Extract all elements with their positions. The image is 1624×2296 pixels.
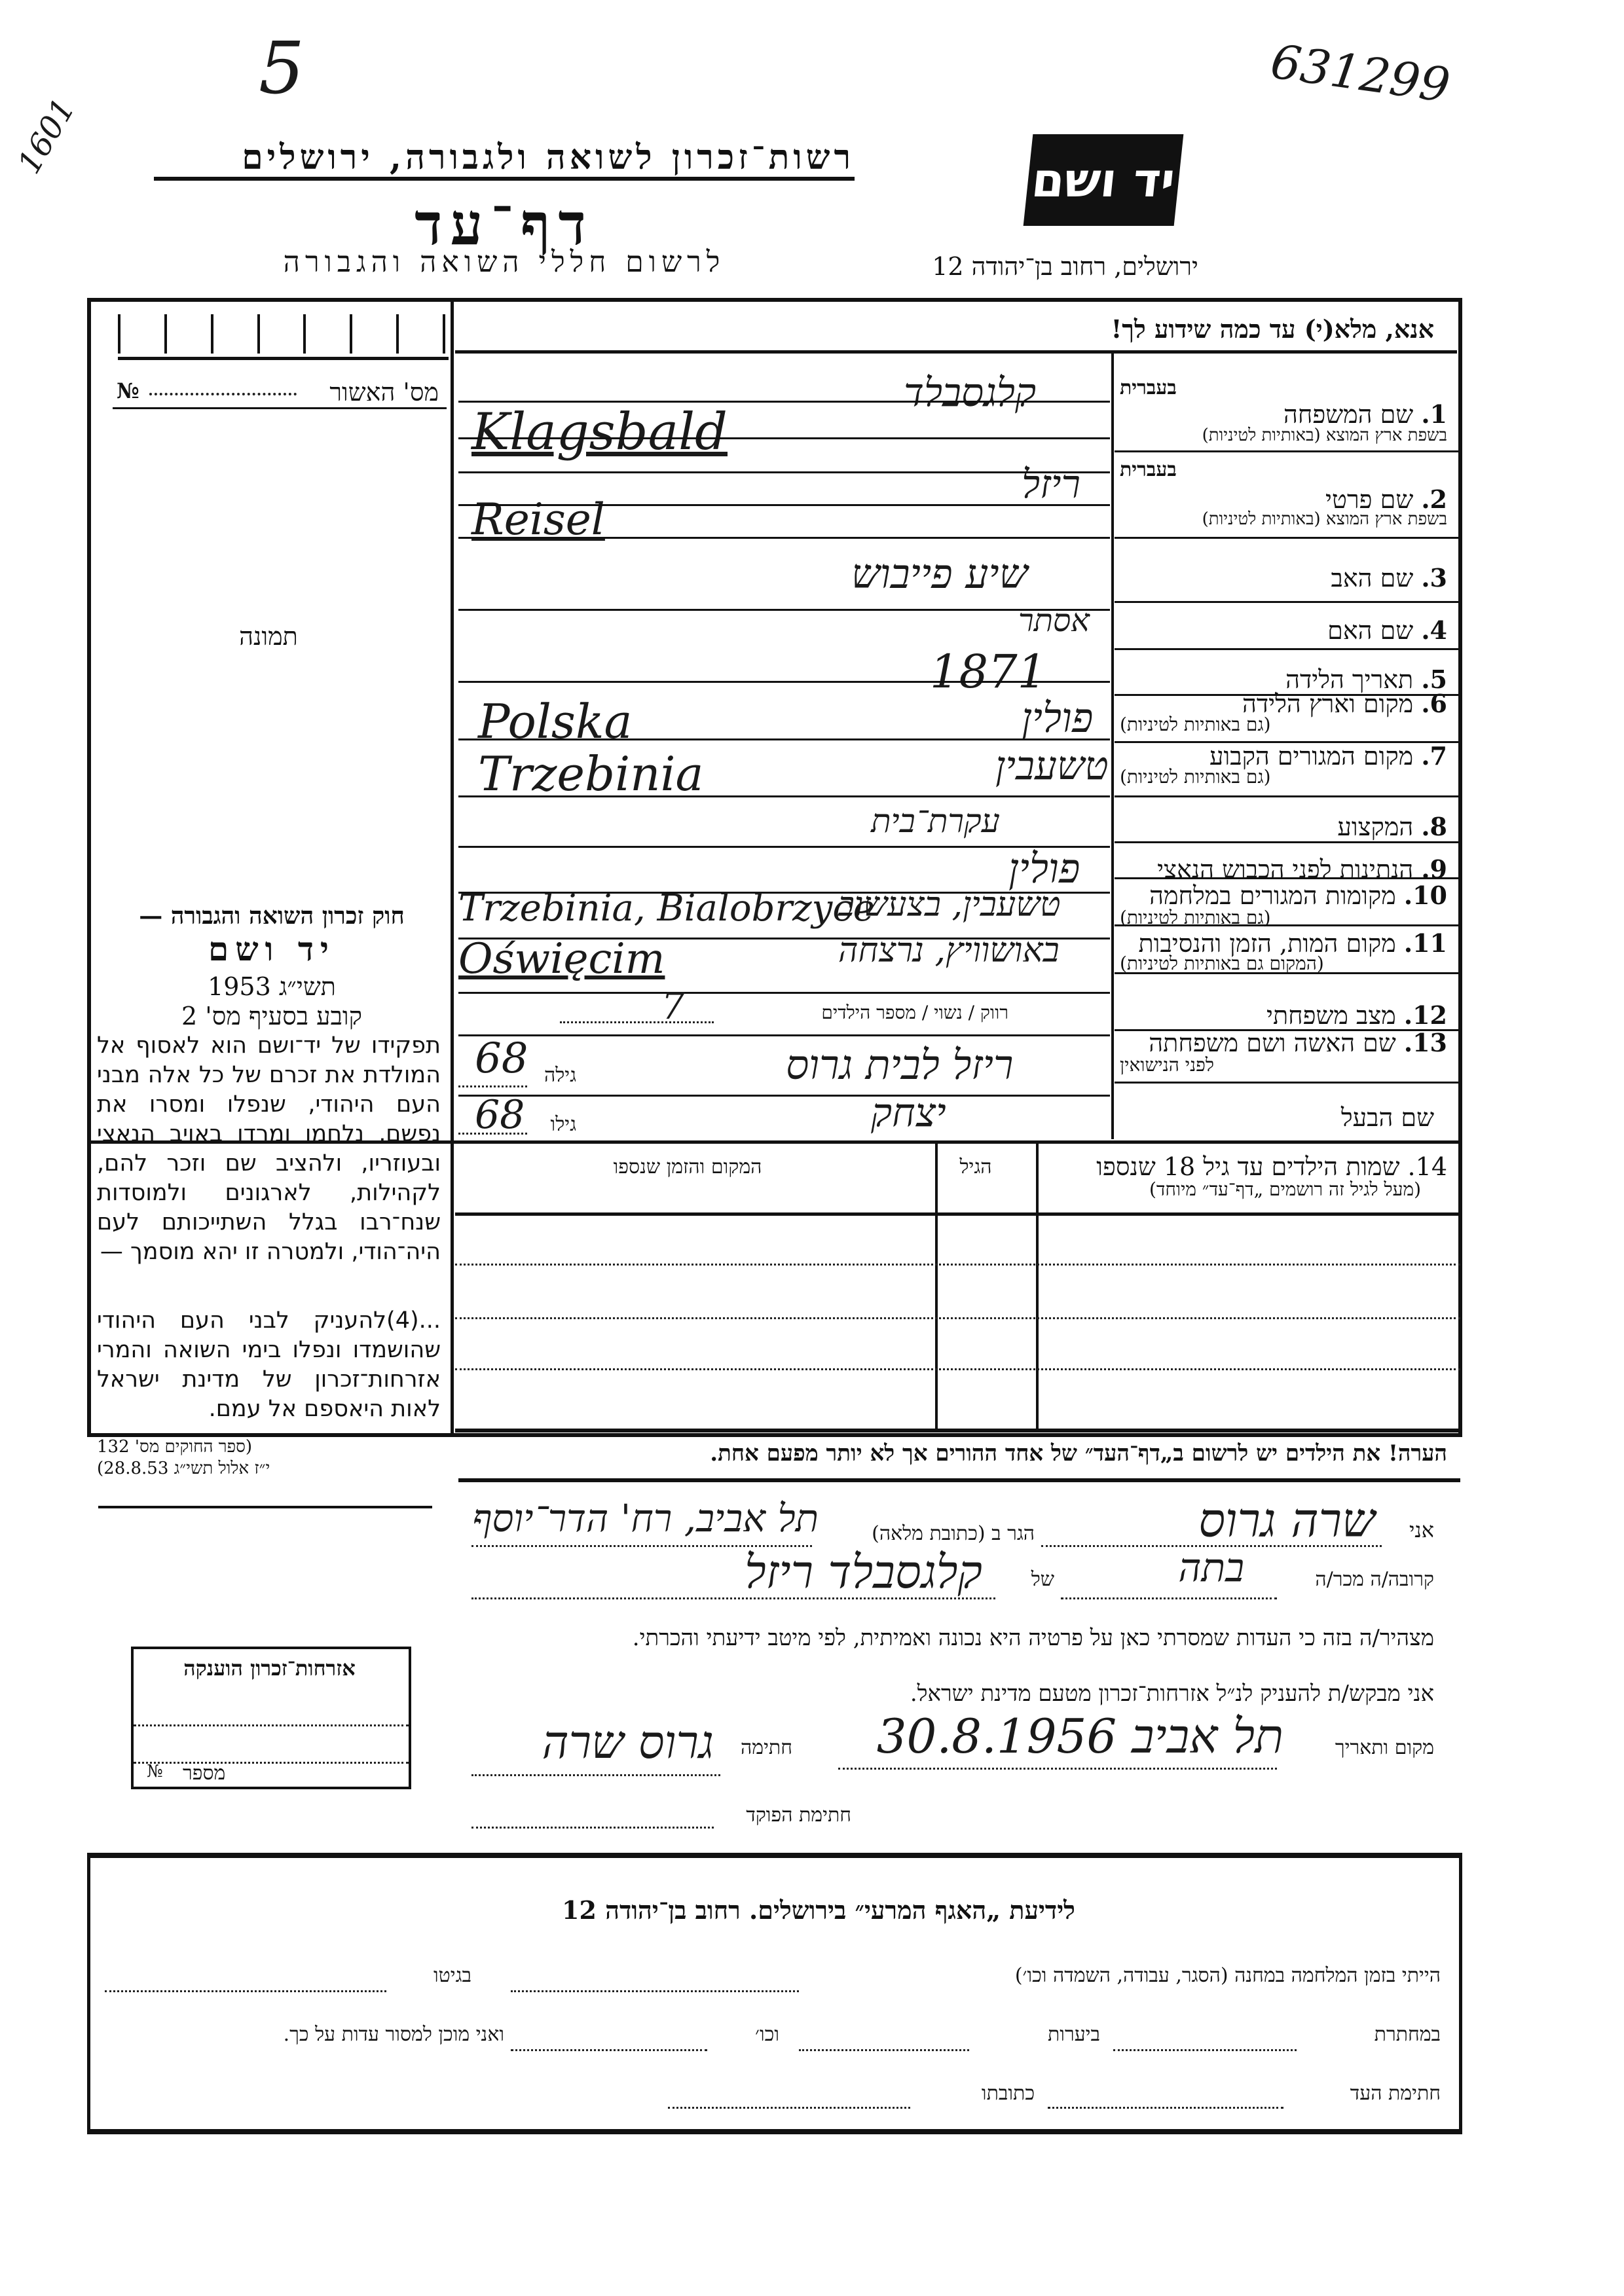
info-address-field[interactable] xyxy=(668,2107,910,2109)
field-13-value[interactable]: ריזל לבית גרוס xyxy=(786,1041,1013,1089)
field-5-value[interactable]: 1871 xyxy=(930,645,1046,699)
field-4-label: 4. שם האם xyxy=(1120,615,1447,646)
field-3-label: 3. שם האב xyxy=(1120,563,1447,593)
declarant-label: אני xyxy=(1388,1518,1434,1542)
relation-value[interactable]: בתה xyxy=(1080,1545,1244,1591)
memorial-box-number-symbol: № xyxy=(147,1762,163,1781)
relation-label: קרובה/ה מכר/ה xyxy=(1283,1568,1434,1591)
request-text: אני מבקש/ת להעניק לנ״ל אזרחות־זכרון מטעם… xyxy=(720,1681,1434,1707)
field-11-value-latin[interactable]: Oświęcim xyxy=(458,935,665,983)
yad-vashem-logo: יד ושם xyxy=(1024,134,1184,226)
info-forest-label: ביערות xyxy=(982,2023,1100,2046)
field-13-sub-note: לפני הנישואין xyxy=(1120,1054,1447,1076)
relation-of-value[interactable]: קלגסבלד ריזל xyxy=(511,1545,982,1599)
memorial-box-number-label: מספר xyxy=(183,1762,248,1785)
label-column-divider xyxy=(1111,354,1114,1139)
sidebar-tick-marks xyxy=(118,314,445,354)
sidebar-divider xyxy=(451,301,454,1437)
top-right-number-annotation: 631299 xyxy=(1267,33,1453,113)
memorial-box-line[interactable] xyxy=(134,1724,409,1726)
children-row[interactable] xyxy=(455,1321,1460,1371)
info-witness-signature-field[interactable] xyxy=(1048,2107,1283,2109)
field-11-value-he[interactable]: באושוויץ, נרצחה xyxy=(838,931,1060,970)
logo-text: יד ושם xyxy=(1029,153,1178,208)
info-underground-label: במחתרת xyxy=(1310,2023,1441,2046)
husband-age-label: גילו xyxy=(524,1113,576,1136)
cert-no-label: מס' האשור xyxy=(301,378,439,407)
law-section: קובע בסעיף מס' 2 xyxy=(105,1002,439,1031)
children-col-age: הגיל xyxy=(936,1156,1015,1178)
field-2-sub-note: בשפת ארץ המוצא (באותיות לטיניות) xyxy=(1113,509,1447,529)
children-note: הערה! את הילדים יש לרשום ב„דף־העד״ של אח… xyxy=(465,1440,1447,1467)
officer-signature-label: חתימת הפוקד xyxy=(720,1804,851,1827)
sidebar-tick-rule xyxy=(118,357,449,360)
field-8-value[interactable]: עקרת־בית xyxy=(871,802,1000,840)
residence-label: הגר ב (כתובת מלאה) xyxy=(819,1522,1035,1545)
of-label: של xyxy=(1008,1568,1054,1591)
form-instruction: אנא, מלא(י) עד כמה שידוע לך! xyxy=(458,314,1434,344)
info-underground-field[interactable] xyxy=(1113,2049,1297,2051)
field-11-sub-note: (המקום גם באותיות לטיניות) xyxy=(1120,953,1447,975)
law-citation-1: (ספר החוקים מס' 132 xyxy=(97,1437,313,1457)
top-left-number-annotation: 5 xyxy=(259,26,304,110)
declaration-text: מצהיר/ה בזה כי העדות שמסרתי כאן על פרטיה… xyxy=(458,1625,1434,1651)
law-body: תפקידו של יד־ושם הוא לאסוף אל המולדת את … xyxy=(97,1031,441,1267)
field-6-sub-note: (גם באותיות לטיניות) xyxy=(1120,714,1447,736)
field-1-hebrew-note: בעברית xyxy=(1120,376,1251,399)
children-section-sub-note: (מעל לגיל זה רושמים „דף־עד״ מיוחד) xyxy=(1041,1178,1421,1201)
info-camp-label: הייתי בזמן המלחמה במחנה (הסגר, עבודה, הש… xyxy=(838,1964,1441,1987)
place-date-label: מקום ותאריך xyxy=(1290,1736,1434,1759)
field-7-value-he[interactable]: טשעבין xyxy=(995,743,1109,789)
cert-no-symbol: № xyxy=(117,378,139,403)
law-body-2: ...(4)להעניק לבני העם היהודי שהושמדו ונפ… xyxy=(97,1306,441,1424)
field-6-value-latin[interactable]: Polska xyxy=(478,694,632,749)
sidebar-bottom-rule xyxy=(98,1506,432,1508)
info-forest-field[interactable] xyxy=(799,2049,969,2051)
photo-label: תמונה xyxy=(196,622,341,651)
husband-name-value[interactable]: יצחק xyxy=(871,1090,946,1136)
signature-value[interactable]: גרוס שרה xyxy=(478,1715,714,1770)
cert-no-field[interactable] xyxy=(149,393,297,395)
info-witness-signature-label: חתימת העד xyxy=(1297,2082,1441,2105)
declarant-name[interactable]: שרה גרוס xyxy=(1113,1493,1375,1548)
field-7-value-latin[interactable]: Trzebinia xyxy=(478,746,703,801)
field-6-value-he[interactable]: פולין xyxy=(1022,694,1093,742)
info-camp-field[interactable] xyxy=(511,1990,799,1992)
husband-age-value[interactable]: 68 xyxy=(475,1092,525,1138)
field-1-value-latin[interactable]: Klagsbald xyxy=(471,403,728,462)
info-etc-field[interactable] xyxy=(511,2049,707,2051)
top-left-stamp-annotation: 1601 xyxy=(10,92,83,180)
place-date-value[interactable]: תל אביב 30.8.1956 xyxy=(851,1709,1283,1764)
field-1-sub-note: בשפת ארץ המוצא (באותיות לטיניות) xyxy=(1113,426,1447,445)
form-subtitle: לרשום חללי השואה והגבורה xyxy=(154,246,855,279)
info-address-label: כתובתו xyxy=(917,2082,1035,2105)
memorial-citizenship-box: אזרחות־זכרון הוענקה מספר № xyxy=(131,1647,411,1789)
law-yad-vashem: יד ושם xyxy=(105,930,439,968)
law-title: חוק זכרון השואה והגבורה — xyxy=(105,902,439,930)
cert-no-rule xyxy=(113,407,447,409)
children-row[interactable] xyxy=(455,1372,1460,1427)
field-2-value-he[interactable]: ריזל xyxy=(1022,462,1080,507)
field-13-age-value[interactable]: 68 xyxy=(475,1034,528,1083)
signature-label: חתימה xyxy=(720,1736,792,1759)
info-ghetto-label: בגיטו xyxy=(393,1964,471,1987)
field-13-age-label: גילה xyxy=(524,1064,576,1087)
org-name: רשות־זכרון לשואה ולגבורה, ירושלים xyxy=(154,137,855,177)
officer-signature-field[interactable] xyxy=(471,1827,714,1829)
field-8-label: 8. המקצוע xyxy=(1120,812,1447,842)
info-etc-label: וכו׳ xyxy=(720,2023,779,2046)
field-12-label: 12. מצב משפחתי xyxy=(1120,1000,1447,1030)
residence-value[interactable]: תל אביב, רח' הדר־יוסף xyxy=(426,1496,819,1540)
field-2-hebrew-note: בעברית xyxy=(1120,458,1251,481)
law-citation-2: י״ז אלול תשי״ג 28.8.53) xyxy=(97,1459,313,1478)
field-1-value-he[interactable]: קלגסבלד xyxy=(904,370,1036,416)
header-address: ירושלים, רחוב בן־יהודה 12 xyxy=(982,252,1198,282)
field-3-value[interactable]: שיע פייבוש xyxy=(851,550,1028,598)
children-col-place: המקום והזמן שנספו xyxy=(458,1156,917,1178)
field-4-value[interactable]: אסתר xyxy=(1018,602,1090,639)
children-row[interactable] xyxy=(455,1268,1460,1319)
field-7-sub-note: (גם באותיות לטיניות) xyxy=(1120,766,1447,788)
header-rule xyxy=(154,177,855,181)
field-12-status-options: רווק / נשוי / מספר הילדים xyxy=(720,1002,1008,1024)
children-row[interactable] xyxy=(455,1216,1460,1268)
children-section-label: 14. שמות הילדים עד גיל 18 שנספו xyxy=(1041,1152,1447,1182)
field-10-value-latin[interactable]: Trzebinia, Bialobrzyce xyxy=(458,887,875,930)
instruction-rule xyxy=(455,350,1457,354)
info-ghetto-field[interactable] xyxy=(105,1990,386,1992)
law-year: תשי״ג 1953 xyxy=(105,972,439,1002)
memorial-box-title: אזרחות־זכרון הוענקה xyxy=(140,1656,399,1681)
info-willing-testify: ואני מוכן למסור עדות על כך. xyxy=(98,2023,504,2046)
husband-name-label: שם הבעל xyxy=(1120,1103,1434,1133)
info-section-title: לידיעת „האגף המרעי״ בירושלים. רחוב בן־יה… xyxy=(458,1895,1179,1925)
